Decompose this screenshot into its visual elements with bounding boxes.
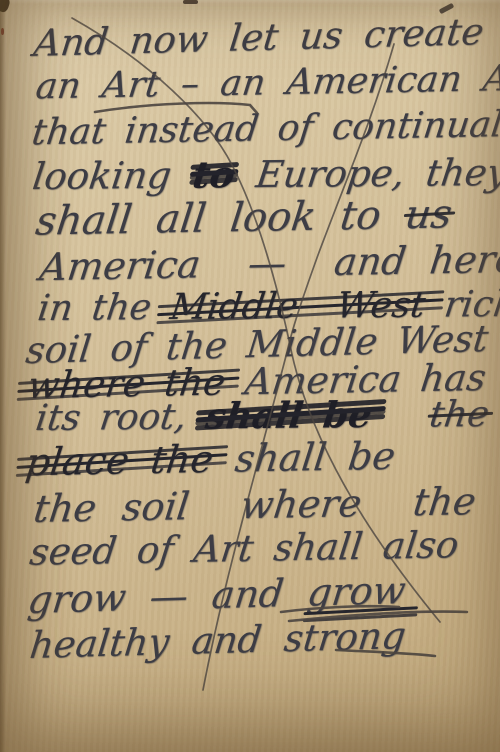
text-segment: grow — and xyxy=(26,571,311,622)
text-segment: seed of Art shall also xyxy=(27,523,461,574)
text-segment: shall be xyxy=(211,434,398,481)
handwriting-line: shall all look to us xyxy=(33,191,454,244)
underlined-word: grow xyxy=(305,568,408,615)
handwriting-line: its root, shall be the xyxy=(33,393,491,439)
text-segment: an Art – an American Art xyxy=(34,58,500,108)
handwriting-text: And now let us createan Art – an America… xyxy=(0,0,500,752)
handwriting-line: seed of Art shall also xyxy=(27,523,461,574)
text-segment xyxy=(369,395,433,437)
handwriting-line: an Art – an American Art xyxy=(34,58,500,108)
crossed-out-word: shall be xyxy=(203,394,374,437)
handwriting-line: healthy and strong xyxy=(28,614,408,667)
crossed-out-word: place the xyxy=(23,437,216,484)
handwriting-line: place the shall be xyxy=(23,434,397,485)
crossed-out-word: us xyxy=(403,191,455,238)
manuscript-photo: And now let us createan Art – an America… xyxy=(0,0,500,752)
text-segment: healthy and strong xyxy=(28,614,408,667)
text-segment: Europe, they xyxy=(232,151,500,196)
text-segment: America — and here xyxy=(37,237,500,289)
handwriting-line: America — and here xyxy=(37,237,500,289)
text-segment: in the xyxy=(35,287,173,329)
text-segment: its root, xyxy=(33,396,208,439)
handwriting-line: grow — and grow xyxy=(26,568,408,622)
handwriting-line: And now let us create xyxy=(32,10,486,65)
text-segment: that instead of continually xyxy=(30,104,500,154)
text-segment: And now let us create xyxy=(32,10,486,65)
crossed-out-word: the xyxy=(427,394,491,436)
handwriting-line: that instead of continually xyxy=(30,104,500,154)
crossed-out-word: to xyxy=(190,152,238,196)
text-segment: looking xyxy=(30,154,196,198)
text-segment: shall all look to xyxy=(33,192,408,245)
